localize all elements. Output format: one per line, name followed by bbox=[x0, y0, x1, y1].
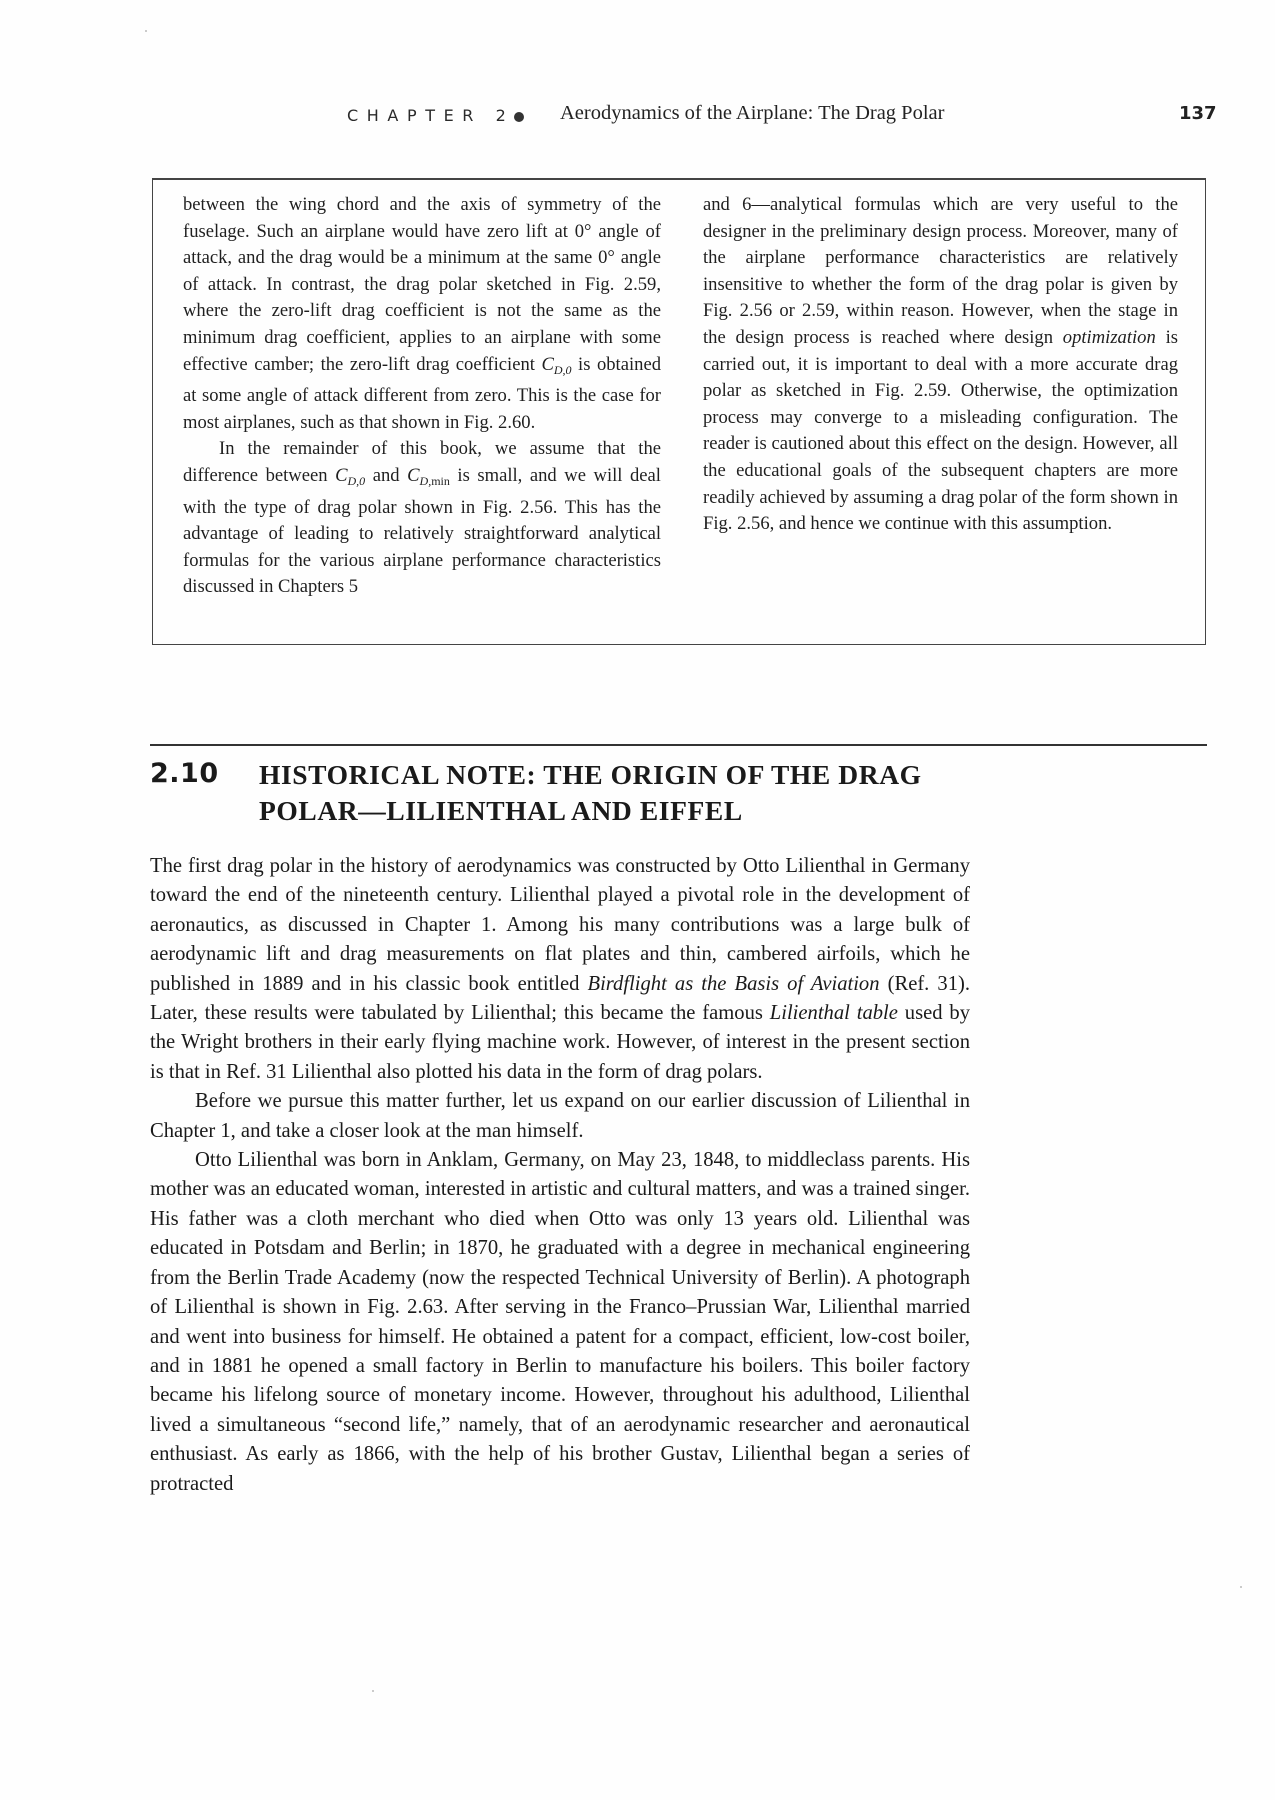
symbol-base: C bbox=[335, 465, 347, 486]
symbol-subscript: D, bbox=[420, 474, 432, 488]
section-body: The first drag polar in the history of a… bbox=[150, 852, 970, 1499]
running-head: CHAPTER 2 Aerodynamics of the Airplane: … bbox=[0, 102, 1275, 132]
body-paragraph: Otto Lilienthal was born in Anklam, Germ… bbox=[150, 1146, 970, 1499]
box-paragraph: In the remainder of this book, we assume… bbox=[183, 436, 661, 601]
section-title: HISTORICAL NOTE: THE ORIGIN OF THE DRAG … bbox=[259, 757, 999, 829]
symbol-base: C bbox=[407, 465, 419, 486]
symbol-cd0: CD,0 bbox=[541, 354, 571, 375]
scan-speck bbox=[1240, 1586, 1242, 1588]
chapter-label: CHAPTER 2 bbox=[347, 106, 514, 125]
box-right-column: and 6—analytical formulas which are very… bbox=[703, 192, 1178, 538]
book-page: CHAPTER 2 Aerodynamics of the Airplane: … bbox=[0, 0, 1275, 1800]
symbol-subscript: D,0 bbox=[347, 474, 365, 488]
symbol-subscript: D,0 bbox=[554, 363, 572, 377]
body-paragraph: Before we pursue this matter further, le… bbox=[150, 1087, 970, 1146]
table-name: Lilienthal table bbox=[770, 1002, 898, 1024]
text-span: and 6—analytical formulas which are very… bbox=[703, 194, 1178, 348]
text-span: and bbox=[365, 465, 407, 486]
symbol-cd0: CD,0 bbox=[335, 465, 365, 486]
text-span: between the wing chord and the axis of s… bbox=[183, 194, 661, 375]
box-paragraph: between the wing chord and the axis of s… bbox=[183, 192, 661, 436]
box-left-column: between the wing chord and the axis of s… bbox=[183, 192, 661, 601]
emphasis-optimization: optimization bbox=[1063, 327, 1156, 348]
scan-speck bbox=[145, 30, 147, 32]
page-number: 137 bbox=[1179, 103, 1217, 124]
text-span: is carried out, it is impor­tant to deal… bbox=[703, 327, 1178, 534]
symbol-base: C bbox=[541, 354, 553, 375]
section-number: 2.10 bbox=[150, 758, 219, 789]
book-title: Birdflight as the Basis of Aviation bbox=[588, 973, 880, 995]
section-divider bbox=[150, 744, 1207, 746]
chapter-title: Aerodynamics of the Airplane: The Drag P… bbox=[560, 102, 944, 125]
boxed-design-note: between the wing chord and the axis of s… bbox=[152, 178, 1206, 645]
symbol-subscript-roman: min bbox=[431, 474, 450, 488]
symbol-cdmin: CD,min bbox=[407, 465, 450, 486]
box-paragraph: and 6—analytical formulas which are very… bbox=[703, 192, 1178, 538]
body-paragraph: The first drag polar in the history of a… bbox=[150, 852, 970, 1087]
scan-speck bbox=[372, 1690, 374, 1692]
bullet-separator-icon bbox=[514, 112, 524, 122]
